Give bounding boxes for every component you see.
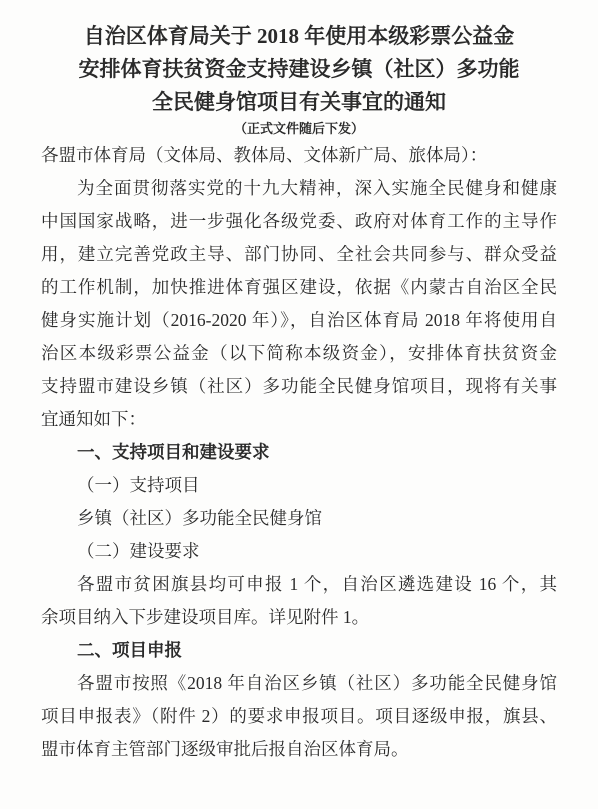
notice-title-line-1: 自治区体育局关于 2018 年使用本级彩票公益金	[41, 20, 557, 53]
body-line: 盟市体育主管部门逐级审批后报自治区体育局。	[41, 733, 557, 766]
body-line: 各盟市贫困旗县均可申报 1 个，自治区遴选建设 16 个，其	[41, 568, 557, 601]
body-line: 各盟市按照《2018 年自治区乡镇（社区）多功能全民健身馆	[41, 667, 557, 700]
notice-title-line-2: 安排体育扶贫资金支持建设乡镇（社区）多功能	[41, 53, 557, 86]
body-line: 乡镇（社区）多功能全民健身馆	[41, 502, 557, 535]
body-line: （二）建设要求	[41, 535, 557, 568]
notice-title-line-3: 全民健身馆项目有关事宜的通知	[41, 86, 557, 119]
recipients-line: 各盟市体育局（文体局、教体局、文体新广局、旅体局）：	[41, 139, 557, 172]
body-line: 余项目纳入下步建设项目库。详见附件 1。	[41, 601, 557, 634]
body-line: 宜通知如下：	[41, 403, 557, 436]
body-line: 中国国家战略，进一步强化各级党委、政府对体育工作的主导作	[41, 205, 557, 238]
body-line: 的工作机制，加快推进体育强区建设，依据《内蒙古自治区全民	[41, 271, 557, 304]
body-line: 治区本级彩票公益金（以下简称本级资金），安排体育扶贫资金	[41, 337, 557, 370]
document-page: 自治区体育局关于 2018 年使用本级彩票公益金 安排体育扶贫资金支持建设乡镇（…	[0, 0, 598, 809]
body-line: 支持盟市建设乡镇（社区）多功能全民健身馆项目，现将有关事	[41, 370, 557, 403]
body-line: 项目申报表》（附件 2）的要求申报项目。项目逐级申报，旗县、	[41, 700, 557, 733]
body-line: （一）支持项目	[41, 469, 557, 502]
body-line: 为全面贯彻落实党的十九大精神，深入实施全民健身和健康	[41, 172, 557, 205]
body-line: 用，建立完善党政主导、部门协同、全社会共同参与、群众受益	[41, 238, 557, 271]
section-2-heading: 二、项目申报	[41, 634, 557, 667]
section-1-heading: 一、支持项目和建设要求	[41, 436, 557, 469]
body-line: 健身实施计划（2016-2020 年）》，自治区体育局 2018 年将使用自	[41, 304, 557, 337]
notice-subtitle: （正式文件随后下发）	[41, 119, 557, 139]
